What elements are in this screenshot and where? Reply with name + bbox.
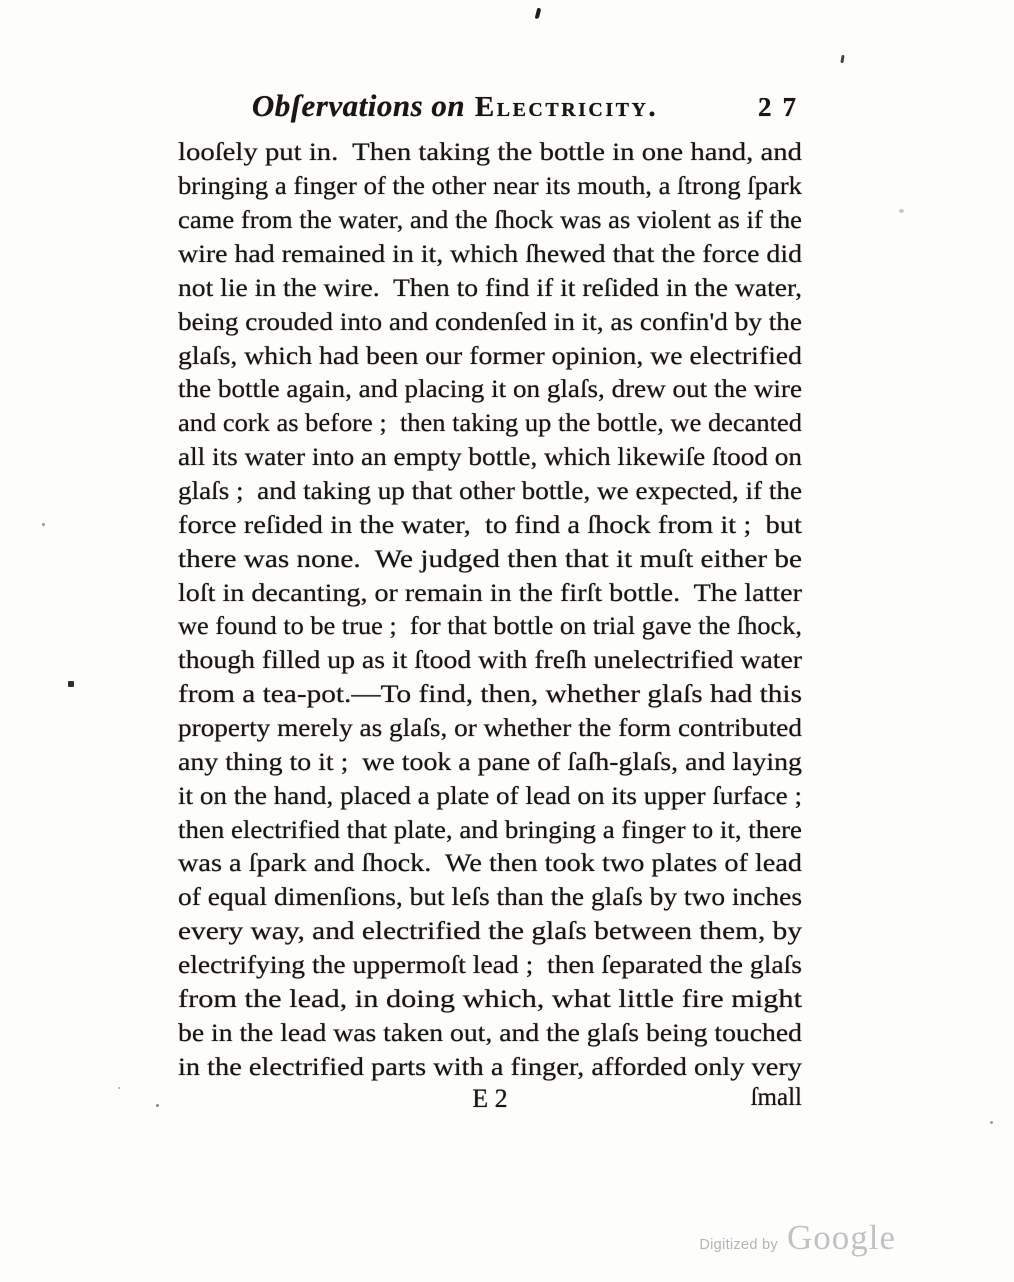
text-line: glaſs ; and taking up that other bottle,… xyxy=(178,475,802,509)
page-number: 27 xyxy=(758,92,807,123)
title-caps-part: Electricity. xyxy=(465,91,658,123)
text-line: then electrified that plate, and bringin… xyxy=(178,813,802,847)
text-line-content: glaſs, which had been our former opinion… xyxy=(178,344,802,369)
signature-mark: E 2 xyxy=(178,1084,802,1114)
text-line: glaſs, which had been our former opinion… xyxy=(178,339,802,373)
text-line: we found to be true ; for that bottle on… xyxy=(178,610,802,644)
text-line: loſt in decanting, or remain in the firſ… xyxy=(178,576,802,610)
text-line: in the electrified parts with a finger, … xyxy=(178,1050,802,1084)
text-line: not lie in the wire. Then to find if it … xyxy=(178,271,802,305)
text-line: of equal dimenſions, but leſs than the g… xyxy=(178,881,802,915)
digitization-watermark: Digitized by Google xyxy=(699,1218,896,1258)
text-line: property merely as glaſs, or whether the… xyxy=(178,712,802,746)
running-head: Obſervations on Electricity. 27 xyxy=(178,88,802,132)
scan-speck xyxy=(899,209,904,213)
text-line-content: force reſided in the water, to find a ſh… xyxy=(178,513,802,538)
text-line: all its water into an empty bottle, whic… xyxy=(178,441,802,475)
text-line: bringing a finger of the other near its … xyxy=(178,170,802,204)
text-line-content: it on the hand, placed a plate of lead o… xyxy=(178,784,802,809)
text-line-content: we found to be true ; for that bottle on… xyxy=(178,614,802,639)
body-text: looſely put in. Then taking the bottle i… xyxy=(178,136,802,1084)
text-line: being crouded into and condenſed in it, … xyxy=(178,305,802,339)
text-line-content: of equal dimenſions, but leſs than the g… xyxy=(178,885,802,910)
google-logo: Google xyxy=(787,1218,896,1258)
text-line-content: in the electrified parts with a finger, … xyxy=(178,1055,802,1080)
text-line: looſely put in. Then taking the bottle i… xyxy=(178,136,802,170)
text-line-content: electrifying the uppermoſt lead ; then ſ… xyxy=(178,953,802,978)
text-line: any thing to it ; we took a pane of ſaſh… xyxy=(178,745,802,779)
text-line: and cork as before ; then taking up the … xyxy=(178,407,802,441)
text-line-content: be in the lead was taken out, and the gl… xyxy=(178,1021,802,1046)
scan-speck xyxy=(42,523,45,526)
signature-row: E 2 ſmall xyxy=(178,1084,802,1118)
scan-speck xyxy=(535,8,542,20)
title-italic-part: Obſervations on xyxy=(252,88,465,123)
text-line-content: there was none. We judged then that it m… xyxy=(178,547,802,572)
text-line-content: any thing to it ; we took a pane of ſaſh… xyxy=(178,750,802,775)
text-line: from the lead, in doing which, what litt… xyxy=(178,982,802,1016)
text-line-content: the bottle again, and placing it on glaſ… xyxy=(178,377,802,402)
text-line: came from the water, and the ſhock was a… xyxy=(178,204,802,238)
text-line-content: then electrified that plate, and bringin… xyxy=(178,818,802,843)
text-line: though filled up as it ſtood with freſh … xyxy=(178,644,802,678)
text-line: be in the lead was taken out, and the gl… xyxy=(178,1016,802,1050)
text-line-content: wire had remained in it, which ſhewed th… xyxy=(178,242,802,267)
text-line-content: from a tea-pot.—To find, then, whether g… xyxy=(178,682,802,707)
book-page-scan: Obſervations on Electricity. 27 looſely … xyxy=(0,0,1014,1282)
text-line-content: being crouded into and condenſed in it, … xyxy=(178,310,802,335)
text-line-content: property merely as glaſs, or whether the… xyxy=(178,716,802,741)
text-line: there was none. We judged then that it m… xyxy=(178,542,802,576)
text-line-content: was a ſpark and ſhock. We then took two … xyxy=(178,851,802,876)
text-line-content: looſely put in. Then taking the bottle i… xyxy=(178,140,802,165)
text-line: the bottle again, and placing it on glaſ… xyxy=(178,373,802,407)
text-line-content: bringing a finger of the other near its … xyxy=(178,174,802,199)
catchword: ſmall xyxy=(751,1084,802,1112)
text-line-content: though filled up as it ſtood with freſh … xyxy=(178,648,802,673)
digitized-by-label: Digitized by xyxy=(699,1237,778,1253)
scan-speck xyxy=(68,681,74,687)
text-line-content: and cork as before ; then taking up the … xyxy=(178,411,802,436)
text-line-content: from the lead, in doing which, what litt… xyxy=(178,987,802,1012)
text-line-content: loſt in decanting, or remain in the firſ… xyxy=(178,581,802,606)
text-line-content: glaſs ; and taking up that other bottle,… xyxy=(178,479,802,504)
text-line: from a tea-pot.—To find, then, whether g… xyxy=(178,678,802,712)
page-title: Obſervations on Electricity. xyxy=(178,88,732,124)
text-line-content: not lie in the wire. Then to find if it … xyxy=(178,276,802,301)
text-line-content: all its water into an empty bottle, whic… xyxy=(178,445,802,470)
text-line: electrifying the uppermoſt lead ; then ſ… xyxy=(178,949,802,983)
scan-speck xyxy=(156,1104,159,1107)
text-line: force reſided in the water, to find a ſh… xyxy=(178,508,802,542)
text-line-content: every way, and electrified the glaſs bet… xyxy=(178,919,802,944)
scan-speck xyxy=(990,1121,993,1124)
scan-speck xyxy=(840,55,844,63)
scan-speck xyxy=(118,1087,120,1089)
text-line: wire had remained in it, which ſhewed th… xyxy=(178,238,802,272)
text-line: every way, and electrified the glaſs bet… xyxy=(178,915,802,949)
text-line-content: came from the water, and the ſhock was a… xyxy=(178,208,802,233)
text-line: was a ſpark and ſhock. We then took two … xyxy=(178,847,802,881)
text-line: it on the hand, placed a plate of lead o… xyxy=(178,779,802,813)
